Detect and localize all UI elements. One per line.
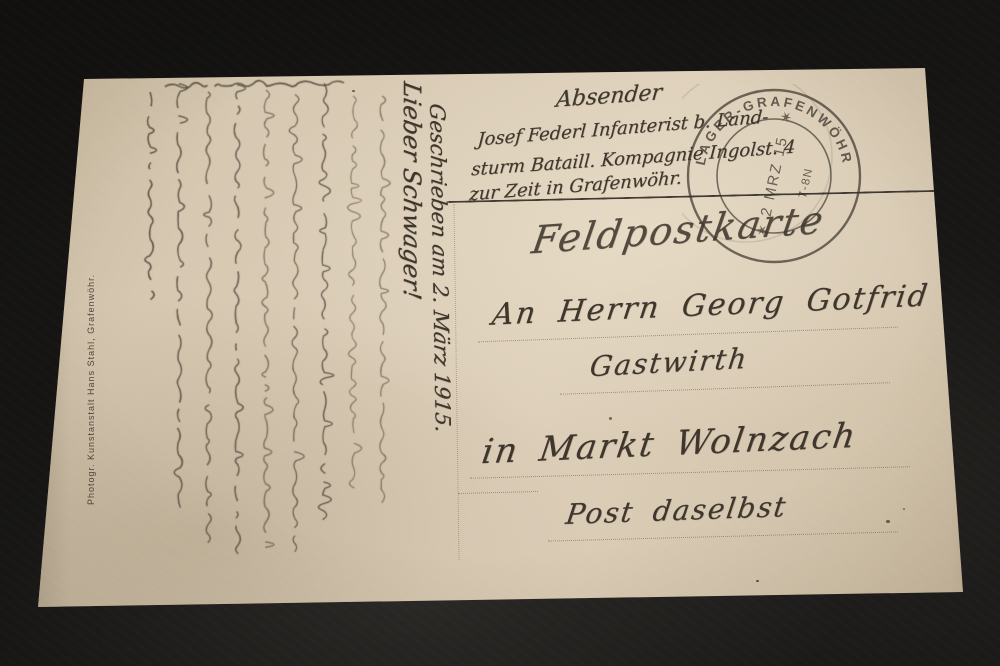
address-underline-4 xyxy=(548,531,898,541)
paper-speck xyxy=(609,417,612,420)
sender-label: Absender xyxy=(555,80,663,113)
address-underline-4-left-stub xyxy=(458,491,538,494)
paper-speck xyxy=(886,520,890,523)
printer-imprint: Photogr. Kunstanstalt Hans Stahl, Grafen… xyxy=(86,100,100,505)
postmark-time: 7-8N xyxy=(797,166,815,199)
paper-speck xyxy=(756,580,759,582)
postmark-star-left: ✶ xyxy=(753,223,772,239)
postmark: LAGER-GRAFENWÖHR ✶ 2 MRZ 15 ✶ 7-8N xyxy=(682,84,866,268)
message-date: Geschrieben am 2. März 1915. xyxy=(425,102,455,434)
paper-speck xyxy=(903,508,905,510)
address-line-4: Post daselbst xyxy=(564,490,790,531)
message-salutation: Lieber Schwager! xyxy=(398,80,426,302)
message-side: Geschrieben am 2. März 1915. Lieber Schw… xyxy=(104,74,452,586)
photo-background: Photogr. Kunstanstalt Hans Stahl, Grafen… xyxy=(0,0,1000,666)
address-underline-2 xyxy=(560,382,890,395)
address-line-1: An Herrn Georg Gotfrid xyxy=(490,278,931,332)
divider-line xyxy=(454,204,460,560)
paper-speck xyxy=(352,90,355,92)
address-line-3: in Markt Wolnzach xyxy=(479,416,860,473)
address-line-2: Gastwirth xyxy=(588,342,750,384)
postcard: Photogr. Kunstanstalt Hans Stahl, Grafen… xyxy=(0,0,1000,666)
message-body-handwriting-canvas xyxy=(118,74,394,586)
postmark-date: 2 MRZ 15 xyxy=(758,134,792,218)
